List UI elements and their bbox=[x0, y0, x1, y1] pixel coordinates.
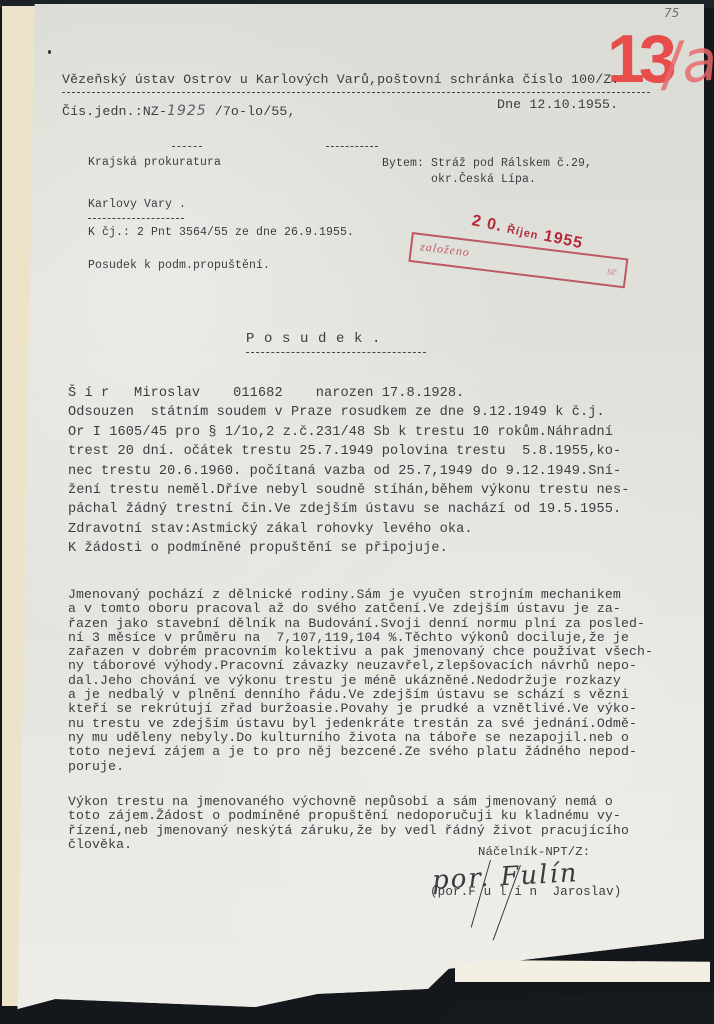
text-line: řazen jako stavební dělník na Budování.S… bbox=[68, 617, 653, 631]
signer-name: (por.F u l í n Jaroslav) bbox=[430, 885, 621, 899]
reference-handwritten: 1925 bbox=[167, 103, 207, 119]
title-rule bbox=[246, 352, 426, 353]
page-bottom-flap bbox=[455, 960, 710, 982]
document-title: Posudek. bbox=[246, 331, 390, 347]
text-line: Výkon trestu na jmenovaného výchovně nep… bbox=[68, 795, 629, 809]
text-line: trest 20 dní. očátek trestu 25.7.1949 po… bbox=[68, 442, 630, 461]
text-line: nu trestu ve zdejším ústavu byl jedenkrá… bbox=[68, 717, 653, 731]
paragraph-evaluation: Jmenovaný pochází z dělnické rodiny.Sám … bbox=[68, 588, 653, 774]
stamp-text-left: založeno bbox=[419, 239, 470, 260]
short-rule bbox=[172, 146, 202, 147]
city-rule bbox=[88, 218, 184, 219]
subject-line: Posudek k podm.propuštění. bbox=[88, 259, 270, 272]
text-line: žení trestu neměl.Dříve nebyl soudně stí… bbox=[68, 481, 630, 500]
text-line: Jmenovaný pochází z dělnické rodiny.Sám … bbox=[68, 588, 653, 602]
institution-header: Vězeňský ústav Ostrov u Karlových Varů,p… bbox=[62, 72, 619, 87]
red-page-suffix: /a bbox=[659, 25, 714, 98]
scanner-bottom-background bbox=[440, 990, 714, 1024]
signer-title: Náčelník-NPT/Z: bbox=[478, 845, 590, 859]
text-line: nec trestu 20.6.1960. počítaná vazba od … bbox=[68, 462, 630, 481]
text-line: řízení,neb jmenovaný neskýtá záruku,že b… bbox=[68, 824, 629, 838]
text-line: kteří se rekrútují zřad buržoasie.Povahy… bbox=[68, 702, 653, 716]
text-line: toto zájem.Žádost o podmíněné propuštění… bbox=[68, 809, 629, 823]
text-line: páchal žádný trestní čin.Ve zdejším ústa… bbox=[68, 500, 630, 519]
text-line: zařazen v dobrém pracovním kolektivu a p… bbox=[68, 645, 653, 659]
text-line: K žádosti o podmíněné propuštění se přip… bbox=[68, 539, 630, 558]
text-line: ny mu uděleny nebyly.Do kulturního život… bbox=[68, 731, 653, 745]
text-line: dal.Jeho chování ve výkonu trestu je mén… bbox=[68, 674, 653, 688]
reference-number: Čís.jedn.:NZ-1925 /7o-lo/55, bbox=[62, 103, 296, 119]
reference-suffix: /7o-lo/55, bbox=[207, 104, 296, 119]
short-rule bbox=[326, 146, 378, 147]
addressee: Krajská prokuratura bbox=[88, 156, 221, 169]
text-line: Odsouzen státním soudem v Praze rosudkem… bbox=[68, 403, 630, 422]
paragraph-personal-data: Š í r Miroslav 011682 narozen 17.8.1928.… bbox=[68, 384, 630, 559]
text-line: a v tomto oboru pracoval až do svého zat… bbox=[68, 602, 653, 616]
text-line: Or I 1605/45 pro § 1/1o,2 z.č.231/48 Sb … bbox=[68, 423, 630, 442]
text-line: a je nedbalý v plnění denního řádu.Ve zd… bbox=[68, 688, 653, 702]
residence-line-1: Bytem: Stráž pod Rálskem č.29, bbox=[382, 156, 592, 172]
text-line: poruje. bbox=[68, 760, 653, 774]
text-line: toto nejeví zájem a je to pro něj bezcen… bbox=[68, 745, 653, 759]
stamp-text-right: se bbox=[606, 263, 618, 279]
residence-line-2: okr.Česká Lípa. bbox=[382, 172, 592, 188]
text-line: ní 3 měsíce v průměru na 7,107,119,104 %… bbox=[68, 631, 653, 645]
ink-speck bbox=[48, 50, 51, 54]
text-line: Zdravotní stav:Astmický zákal rohovky le… bbox=[68, 520, 630, 539]
document-date: Dne 12.10.1955. bbox=[497, 97, 618, 112]
reference-prefix: Čís.jedn.:NZ- bbox=[62, 104, 167, 119]
reference-to: K čj.: 2 Pnt 3564/55 ze dne 26.9.1955. bbox=[88, 226, 354, 239]
pencil-folio-number: 75 bbox=[664, 6, 679, 20]
text-line: ny táborové výhody.Pracovní závazky neuz… bbox=[68, 659, 653, 673]
addressee-city: Karlovy Vary . bbox=[88, 198, 186, 211]
text-line: Š í r Miroslav 011682 narozen 17.8.1928. bbox=[68, 384, 630, 403]
header-rule bbox=[62, 92, 650, 93]
paragraph-conclusion: Výkon trestu na jmenovaného výchovně nep… bbox=[68, 795, 629, 852]
residence-address: Bytem: Stráž pod Rálskem č.29, okr.Česká… bbox=[382, 156, 592, 188]
